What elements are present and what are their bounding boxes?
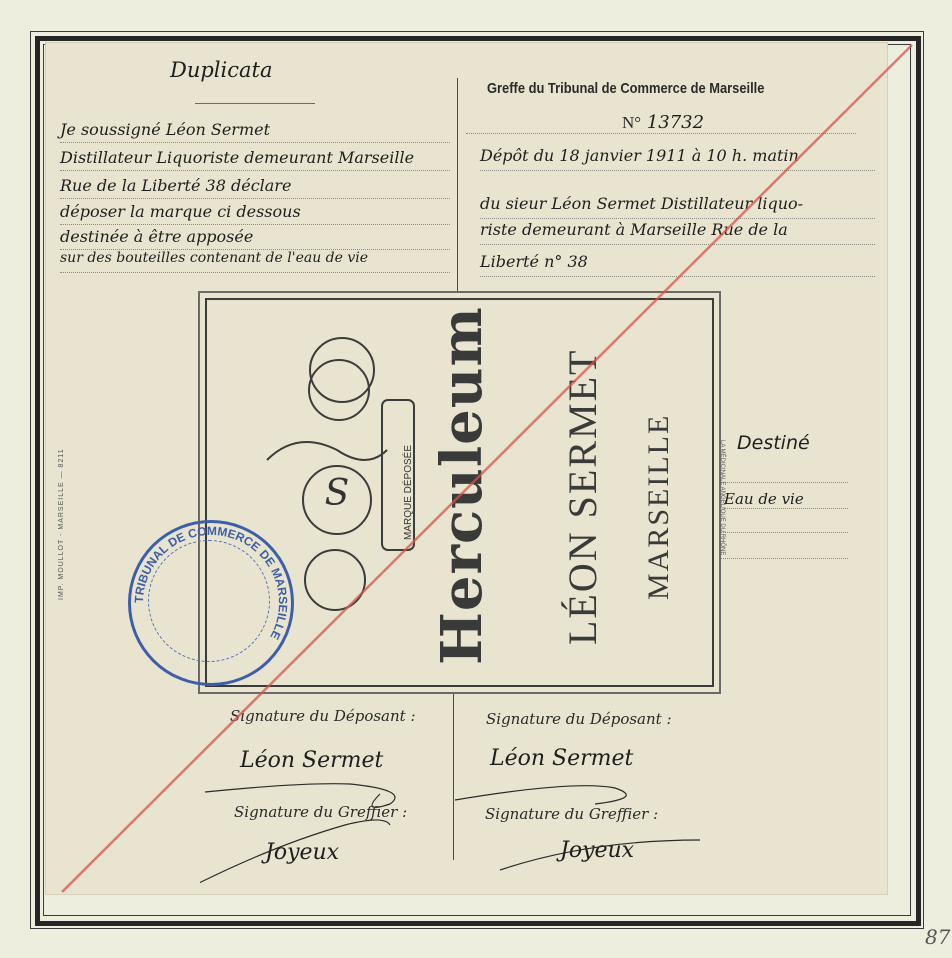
stamp-text-ring: TRIBUNAL DE COMMERCE DE MARSEILLE xyxy=(128,520,294,686)
declaration-line: Distillateur Liquoriste demeurant Marsei… xyxy=(60,148,450,171)
depositor-signature-label-right: Signature du Déposant : xyxy=(486,710,672,728)
number-rule xyxy=(466,133,856,134)
producer-name: LÉON SERMET xyxy=(559,349,606,645)
destination-rule xyxy=(720,558,848,559)
city-name: MARSEILLE xyxy=(642,414,676,600)
deposit-line: riste demeurant à Marseille Rue de la xyxy=(480,220,875,245)
declaration-line: Rue de la Liberté 38 déclare xyxy=(60,176,450,199)
label-side-text: LA MÉDICINALE ANGÉLIQUE DU RHÔNE xyxy=(719,440,725,555)
number-label: N° xyxy=(622,113,641,132)
column-divider xyxy=(457,78,458,293)
declaration-line: destinée à être apposée xyxy=(60,227,450,250)
printer-imprint: IMP. MOULLOT - MARSEILLE — 8211 xyxy=(58,448,65,600)
deposit-line: du sieur Léon Sermet Distillateur liquo- xyxy=(480,194,875,219)
destination-rule xyxy=(720,482,848,483)
destination-label: Destiné xyxy=(737,432,810,454)
registry-heading: Greffe du Tribunal de Commerce de Marsei… xyxy=(487,80,764,97)
svg-text:S: S xyxy=(325,473,350,514)
signature-flourishes xyxy=(200,770,720,890)
depositor-signature-label-left: Signature du Déposant : xyxy=(230,707,416,725)
registration-number: N° 13732 xyxy=(622,112,704,133)
trademark-text: MARQUE DÉPOSÉE xyxy=(403,445,414,540)
declaration-line: sur des bouteilles contenant de l'eau de… xyxy=(60,250,450,273)
depositor-signature-right: Léon Sermet xyxy=(490,746,633,771)
destination-value: Eau de vie xyxy=(724,490,848,509)
declaration-line: Je soussigné Léon Sermet xyxy=(60,120,450,143)
deposit-line: Liberté n° 38 xyxy=(480,252,875,277)
title-rule xyxy=(195,103,315,104)
corner-mark: 87 xyxy=(925,925,950,949)
duplicata-title: Duplicata xyxy=(170,58,272,82)
destination-rule xyxy=(720,532,848,533)
product-name: Herculeum xyxy=(429,306,495,665)
declaration-line: déposer la marque ci dessous xyxy=(60,202,450,225)
svg-text:TRIBUNAL DE COMMERCE DE MARSEI: TRIBUNAL DE COMMERCE DE MARSEILLE xyxy=(132,524,290,642)
deposit-line: Dépôt du 18 janvier 1911 à 10 h. matin xyxy=(480,146,875,171)
number-value: 13732 xyxy=(647,112,704,133)
